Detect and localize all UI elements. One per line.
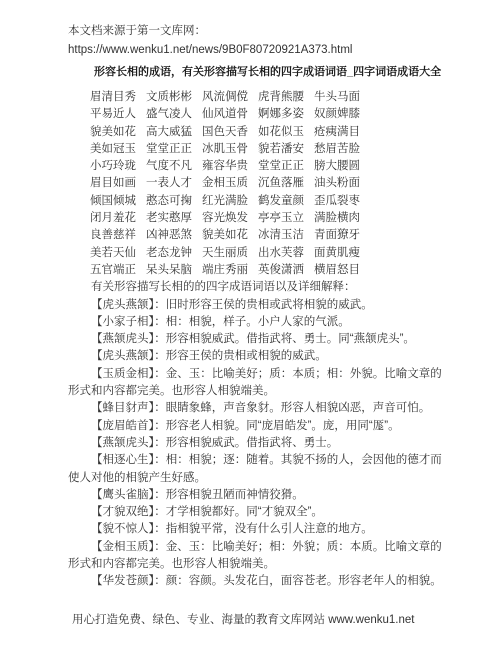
idiom-explanation: 【鹰头雀脑】：形容相貌丑陋而神情狡猾。: [68, 487, 448, 504]
idiom-row: 眉目如画一表人才金相玉质沉鱼落雁油头粉面: [90, 175, 448, 192]
idiom-cell: 气度不凡: [146, 158, 202, 175]
idiom-row: 平易近人盛气凌人仙风道骨婀娜多姿奴颜婢膝: [90, 106, 448, 123]
explanations-heading: 有关形容描写长相的的四字成语词语以及详细解释：: [68, 279, 448, 296]
idiom-explanation: 【玉质金相】：金、玉：比喻美好；质：本质；相：外貌。比喻文章的形式和内容都完美。…: [68, 366, 448, 401]
document-body: 本文档来源于第一文库网： https://www.wenku1.net/news…: [68, 22, 448, 591]
idiom-cell: 堂堂正正: [146, 141, 202, 158]
idiom-cell: 凶神恶煞: [146, 227, 202, 244]
idiom-grid: 眉清目秀文质彬彬风流倜傥虎背熊腰牛头马面平易近人盛气凌人仙风道骨婀娜多姿奴颜婢膝…: [90, 89, 448, 279]
idiom-cell: 国色天香: [202, 124, 258, 141]
idiom-cell: 闭月羞花: [90, 210, 146, 227]
idiom-cell: 端庄秀丽: [202, 262, 258, 279]
idiom-cell: 堂堂正正: [258, 158, 314, 175]
idiom-explanation: 【相逐心生】：相：相貌；逐：随着。其貌不扬的人，会因他的德才而使人对他的相貌产生…: [68, 452, 448, 487]
idiom-cell: 冰肌玉骨: [202, 141, 258, 158]
idiom-cell: 牛头马面: [314, 89, 370, 106]
idiom-explanation: 【华发苍颜】：颜：容颜。头发花白，面容苍老。形容老年人的相貌。: [68, 573, 448, 590]
idiom-cell: 貌美如花: [202, 227, 258, 244]
idiom-cell: 五官端正: [90, 262, 146, 279]
idiom-cell: 美如冠玉: [90, 141, 146, 158]
idiom-row: 良善慈祥凶神恶煞貌美如花冰清玉洁青面獠牙: [90, 227, 448, 244]
idiom-cell: 高大威猛: [146, 124, 202, 141]
idiom-cell: 横眉怒目: [314, 262, 370, 279]
idiom-cell: 满脸横肉: [314, 210, 370, 227]
idiom-cell: 鹤发童颜: [258, 193, 314, 210]
idiom-cell: 沉鱼落雁: [258, 175, 314, 192]
idiom-cell: 貌若潘安: [258, 141, 314, 158]
idiom-cell: 亭亭玉立: [258, 210, 314, 227]
idiom-cell: 风流倜傥: [202, 89, 258, 106]
idiom-cell: 金相玉质: [202, 175, 258, 192]
idiom-cell: 憨态可掬: [146, 193, 202, 210]
idiom-cell: 雍容华贵: [202, 158, 258, 175]
idiom-cell: 歪瓜裂枣: [314, 193, 370, 210]
idiom-row: 美若天仙老态龙钟天生丽质出水芙蓉面黄肌瘦: [90, 245, 448, 262]
idiom-cell: 红光满脸: [202, 193, 258, 210]
idiom-cell: 奴颜婢膝: [314, 106, 370, 123]
idiom-cell: 美若天仙: [90, 245, 146, 262]
idiom-cell: 良善慈祥: [90, 227, 146, 244]
idiom-explanation: 【燕颔虎头】：形容相貌威武。借指武将、勇士。同“燕颔虎头”。: [68, 331, 448, 348]
idiom-explanation: 【蜂目豺声】：眼睛象蜂，声音象豺。形容人相貌凶恶，声音可怕。: [68, 400, 448, 417]
explanations-list: 【虎头燕颔】：旧时形容王侯的贵相或武将相貌的威武。【小家子相】：相：相貌，样子。…: [68, 297, 448, 591]
idiom-cell: 如花似玉: [258, 124, 314, 141]
idiom-cell: 貌美如花: [90, 124, 146, 141]
idiom-cell: 天生丽质: [202, 245, 258, 262]
idiom-cell: 英俊潇洒: [258, 262, 314, 279]
idiom-row: 眉清目秀文质彬彬风流倜傥虎背熊腰牛头马面: [90, 89, 448, 106]
idiom-explanation: 【虎头燕颔】：形容王侯的贵相或相貌的威武。: [68, 348, 448, 365]
idiom-cell: 面黄肌瘦: [314, 245, 370, 262]
idiom-row: 美如冠玉堂堂正正冰肌玉骨貌若潘安愁眉苦脸: [90, 141, 448, 158]
idiom-cell: 文质彬彬: [146, 89, 202, 106]
idiom-cell: 出水芙蓉: [258, 245, 314, 262]
idiom-cell: 青面獠牙: [314, 227, 370, 244]
idiom-row: 小巧玲珑气度不凡雍容华贵堂堂正正膀大腰圆: [90, 158, 448, 175]
idiom-cell: 倾国倾城: [90, 193, 146, 210]
idiom-row: 倾国倾城憨态可掬红光满脸鹤发童颜歪瓜裂枣: [90, 193, 448, 210]
idiom-row: 闭月羞花老实憨厚容光焕发亭亭玉立满脸横肉: [90, 210, 448, 227]
document-title: 形容长相的成语，有关形容描写长相的四字成语词语_四字词语成语大全: [94, 63, 448, 81]
idiom-cell: 油头粉面: [314, 175, 370, 192]
idiom-cell: 容光焕发: [202, 210, 258, 227]
footer-note: 用心打造免费、绿色、专业、海量的教育文库网站 www.wenku1.net: [72, 611, 415, 627]
idiom-cell: 平易近人: [90, 106, 146, 123]
idiom-cell: 盛气凌人: [146, 106, 202, 123]
idiom-cell: 眉清目秀: [90, 89, 146, 106]
idiom-explanation: 【虎头燕颔】：旧时形容王侯的贵相或武将相貌的威武。: [68, 297, 448, 314]
idiom-explanation: 【才貌双绝】：才学相貌都好。同“才貌双全”。: [68, 504, 448, 521]
idiom-cell: 一表人才: [146, 175, 202, 192]
idiom-cell: 呆头呆脑: [146, 262, 202, 279]
idiom-row: 五官端正呆头呆脑端庄秀丽英俊潇洒横眉怒目: [90, 262, 448, 279]
idiom-cell: 疮痍满目: [314, 124, 370, 141]
idiom-cell: 老实憨厚: [146, 210, 202, 227]
idiom-cell: 老态龙钟: [146, 245, 202, 262]
idiom-cell: 小巧玲珑: [90, 158, 146, 175]
idiom-explanation: 【庞眉皓首】：形容老人相貌。同“庞眉皓发”。庞，用同“厖”。: [68, 418, 448, 435]
idiom-explanation: 【小家子相】：相：相貌，样子。小户人家的气派。: [68, 314, 448, 331]
idiom-cell: 眉目如画: [90, 175, 146, 192]
idiom-cell: 冰清玉洁: [258, 227, 314, 244]
idiom-row: 貌美如花高大威猛国色天香如花似玉疮痍满目: [90, 124, 448, 141]
idiom-cell: 婀娜多姿: [258, 106, 314, 123]
idiom-cell: 仙风道骨: [202, 106, 258, 123]
idiom-cell: 虎背熊腰: [258, 89, 314, 106]
idiom-explanation: 【金相玉质】：金、玉：比喻美好；相：外貌；质：本质。比喻文章的形式和内容都完美。…: [68, 539, 448, 574]
idiom-explanation: 【燕颔虎头】：形容相貌威武。借指武将、勇士。: [68, 435, 448, 452]
source-url: https://www.wenku1.net/news/9B0F80720921…: [68, 41, 448, 60]
source-note: 本文档来源于第一文库网：: [68, 22, 448, 41]
idiom-cell: 愁眉苦脸: [314, 141, 370, 158]
idiom-explanation: 【貌不惊人】：指相貌平常，没有什么引人注意的地方。: [68, 521, 448, 538]
idiom-cell: 膀大腰圆: [314, 158, 370, 175]
